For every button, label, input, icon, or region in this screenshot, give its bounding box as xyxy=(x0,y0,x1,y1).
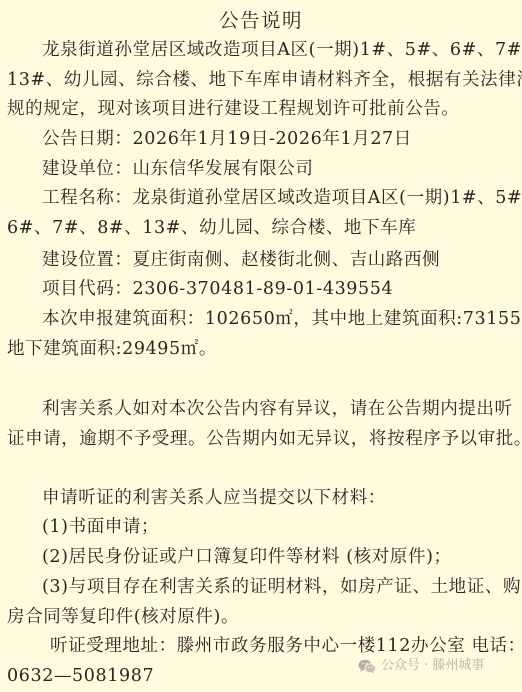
materials-heading: 申请听证的利害关系人应当提交以下材料： xyxy=(42,483,522,513)
materials-item-continuation: 房合同等复印件(核对原件)。 xyxy=(7,602,522,632)
location-label: 建设位置： xyxy=(42,250,133,270)
project-name-continuation: 6#、7#、8#、13#、幼儿园、综合楼、地下车库 xyxy=(7,213,522,243)
developer-value: 山东信华发展有限公司 xyxy=(133,159,314,179)
project-name-row: 工程名称：龙泉街道孙堂居区域改造项目A区(一期)1#、5#、 xyxy=(42,183,522,213)
announcement-document: 公告说明 龙泉街道孙堂居区域改造项目A区(一期)1#、5#、6#、7#、8#、 … xyxy=(0,0,522,692)
watermark-text: 公众号 · 滕州城事 xyxy=(381,656,484,676)
project-name-value: 龙泉街道孙堂居区域改造项目A区(一期)1#、5#、 xyxy=(133,188,522,208)
objection-line: 利害关系人如对本次公告内容有异议，请在公告期内提出听 xyxy=(42,394,522,424)
notice-date-label: 公告日期： xyxy=(42,129,133,149)
area-line: 本次申报建筑面积：102650㎡，其中地上建筑面积:73155㎡， xyxy=(42,304,522,334)
materials-item: (1)书面申请； xyxy=(42,512,522,542)
intro-line: 13#、幼儿园、综合楼、地下车库申请材料齐全，根据有关法律法 xyxy=(7,65,522,95)
project-code-row: 项目代码：2306-370481-89-01-439554 xyxy=(42,274,522,304)
area-line: 地下建筑面积:29495㎡。 xyxy=(7,334,522,364)
wechat-icon xyxy=(358,659,376,674)
page-title: 公告说明 xyxy=(0,5,522,37)
location-value: 夏庄街南侧、赵楼街北侧、吉山路西侧 xyxy=(133,250,441,270)
objection-line: 证申请，逾期不予受理。公告期内如无异议，将按程序予以审批。 xyxy=(7,424,522,454)
intro-line: 规的规定，现对该项目进行建设工程规划许可批前公告。 xyxy=(7,94,522,124)
notice-date-value: 2026年1月19日-2026年1月27日 xyxy=(133,129,412,149)
project-code-label: 项目代码： xyxy=(42,279,133,299)
notice-date-row: 公告日期：2026年1月19日-2026年1月27日 xyxy=(42,124,522,154)
location-row: 建设位置：夏庄街南侧、赵楼街北侧、吉山路西侧 xyxy=(42,245,522,275)
project-code-value: 2306-370481-89-01-439554 xyxy=(133,279,394,299)
wechat-watermark: 公众号 · 滕州城事 xyxy=(358,656,484,676)
materials-item: (3)与项目存在利害关系的证明材料，如房产证、土地证、购 xyxy=(42,572,522,602)
developer-row: 建设单位：山东信华发展有限公司 xyxy=(42,154,522,184)
intro-line: 龙泉街道孙堂居区域改造项目A区(一期)1#、5#、6#、7#、8#、 xyxy=(42,35,522,65)
developer-label: 建设单位： xyxy=(42,159,133,179)
project-name-label: 工程名称： xyxy=(42,188,133,208)
materials-item: (2)居民身份证或户口簿复印件等材料 (核对原件)； xyxy=(42,542,522,572)
